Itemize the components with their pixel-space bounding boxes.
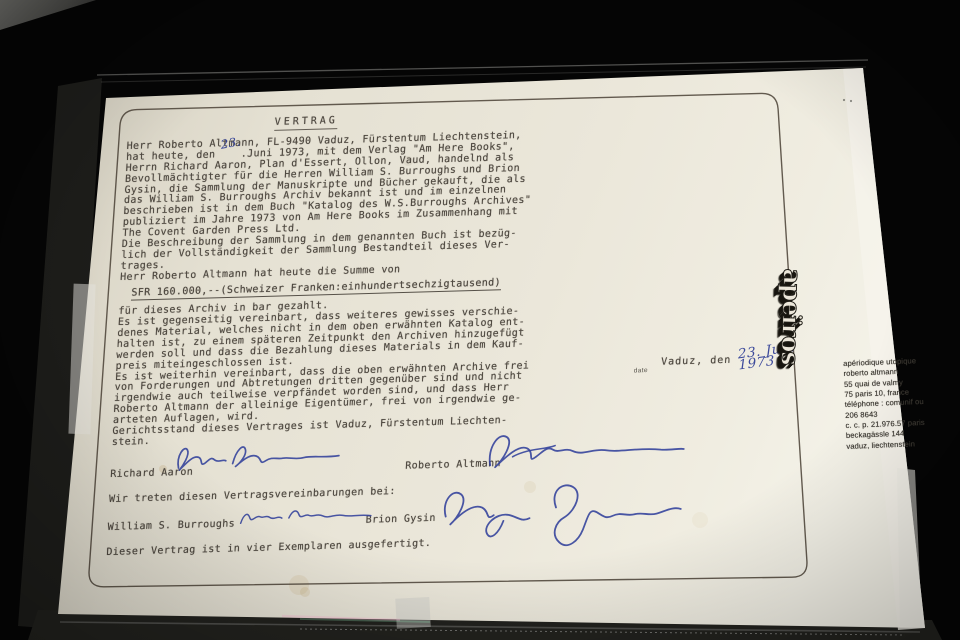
signature-r-altmann (482, 422, 690, 480)
signature-richard-aaron (172, 438, 344, 477)
document-title: VERTRAG (274, 116, 338, 131)
date-print-label: date (633, 366, 648, 377)
speck (850, 100, 852, 102)
typed-date-place: Vaduz, den (661, 356, 732, 369)
contract-page: VERTRAG Herr Roberto Altmann, FL-9490 Va… (106, 101, 808, 559)
apeiros-logo: apeïros (775, 268, 807, 365)
speck (843, 99, 845, 101)
letterhead-address: apériodique utopiqueroberto altmann55 qu… (843, 355, 956, 452)
typed-name-brion-gysin: Brion Gysin (365, 514, 436, 527)
handwritten-day-correction: 23. (220, 136, 241, 150)
tape-strip-right (897, 468, 922, 628)
photo-of-contract: VERTRAG Herr Roberto Altmann, FL-9490 Va… (0, 0, 960, 640)
tape-strip-bottom (395, 597, 431, 629)
body-paragraphs-2: für dieses Archiv in bar gezahlt.Es ist … (112, 288, 799, 449)
paper-stain (300, 587, 310, 597)
signature-brion-gysin (433, 474, 689, 563)
signature-william-burroughs (237, 500, 376, 532)
typed-name-william-burroughs: William S. Burroughs (107, 519, 235, 533)
